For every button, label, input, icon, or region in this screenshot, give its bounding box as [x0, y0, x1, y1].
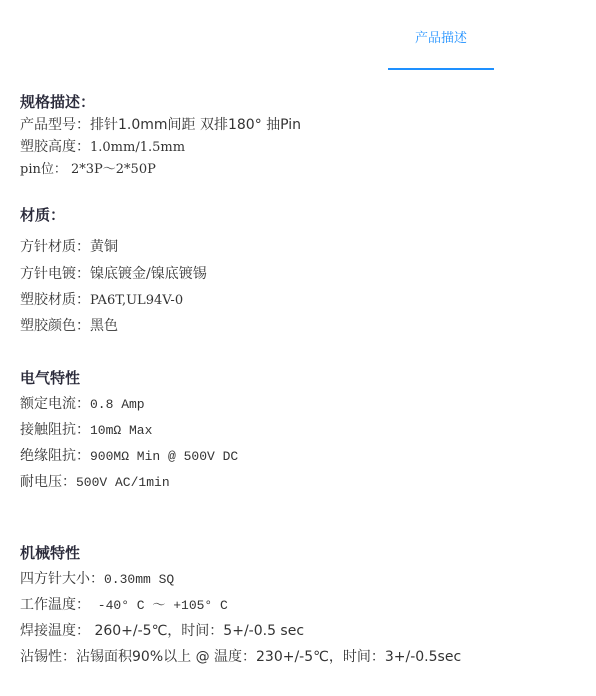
section-title-electrical: 电气特性: [20, 368, 80, 388]
mechanical-line-pin-size: 四方针大小：0.30mm SQ: [20, 569, 174, 590]
line-value: 1.0mm/1.5mm: [90, 140, 185, 155]
line-value: 黄铜: [90, 239, 118, 255]
line-label: 沾锡性：: [20, 649, 76, 665]
line-value: -40° C ～ +105° C: [90, 598, 228, 613]
mechanical-line-solderability: 沾锡性：沾锡面积90%以上 @ 温度：230+/-5℃，时间：3+/-0.5se…: [20, 647, 461, 667]
line-label: 塑胶颜色：: [20, 318, 90, 334]
tab-bar: 产品描述: [0, 0, 596, 72]
tab-product-description[interactable]: 产品描述: [388, 0, 494, 72]
mechanical-line-soldering-temp: 焊接温度： 260+/-5℃，时间：5+/-0.5 sec: [20, 621, 304, 641]
line-value: 2*3P～2*50P: [67, 162, 156, 177]
electrical-line-withstand-voltage: 耐电压：500V AC/1min: [20, 472, 170, 493]
material-line-pin-material: 方针材质：黄铜: [20, 237, 118, 257]
electrical-line-insulation-resistance: 绝缘阻抗：900MΩ Min @ 500V DC: [20, 446, 238, 467]
section-title-mechanical: 机械特性: [20, 543, 80, 563]
line-label: 焊接温度：: [20, 623, 90, 639]
line-value: 排针1.0mm间距 双排180° 抽Pin: [90, 117, 301, 133]
material-line-plating: 方针电镀：镍底镀金/镍底镀锡: [20, 264, 207, 284]
line-value: 镍底镀金/镍底镀锡: [90, 266, 207, 282]
line-label: 额定电流：: [20, 396, 90, 412]
spec-line-model: 产品型号：排针1.0mm间距 双排180° 抽Pin: [20, 115, 301, 135]
line-value: PA6T,UL94V-0: [90, 293, 183, 308]
line-label: 塑胶高度：: [20, 139, 90, 155]
tab-label: 产品描述: [388, 27, 494, 46]
line-label: 耐电压：: [20, 474, 76, 490]
line-label: 产品型号：: [20, 117, 90, 133]
line-label: pin位：: [20, 162, 67, 177]
line-label: 接触阻抗：: [20, 422, 90, 438]
electrical-line-contact-resistance: 接触阻抗：10mΩ Max: [20, 420, 152, 441]
line-value: 0.8 Amp: [90, 397, 145, 412]
line-value: 黑色: [90, 318, 118, 334]
mechanical-line-operating-temp: 工作温度： -40° C ～ +105° C: [20, 595, 228, 616]
line-value: 500V AC/1min: [76, 475, 170, 490]
active-tab-indicator: [388, 68, 494, 70]
line-label: 方针材质：: [20, 239, 90, 255]
spec-line-height: 塑胶高度：1.0mm/1.5mm: [20, 137, 185, 158]
material-line-color: 塑胶颜色：黑色: [20, 316, 118, 336]
line-label: 绝缘阻抗：: [20, 448, 90, 464]
line-value: 10mΩ Max: [90, 423, 152, 438]
line-value: 260+/-5℃，时间：5+/-0.5 sec: [90, 623, 304, 639]
spec-line-pins: pin位： 2*3P～2*50P: [20, 159, 156, 180]
line-label: 四方针大小：: [20, 571, 104, 587]
section-title-spec: 规格描述：: [20, 92, 95, 112]
line-value: 沾锡面积90%以上 @ 温度：230+/-5℃，时间：3+/-0.5sec: [76, 649, 461, 665]
line-label: 塑胶材质：: [20, 292, 90, 308]
material-line-plastic: 塑胶材质：PA6T,UL94V-0: [20, 290, 183, 311]
section-title-material: 材质：: [20, 205, 65, 225]
line-value: 900MΩ Min @ 500V DC: [90, 449, 238, 464]
line-value: 0.30mm SQ: [104, 572, 174, 587]
electrical-line-current: 额定电流：0.8 Amp: [20, 394, 145, 415]
line-label: 方针电镀：: [20, 266, 90, 282]
line-label: 工作温度：: [20, 597, 90, 613]
